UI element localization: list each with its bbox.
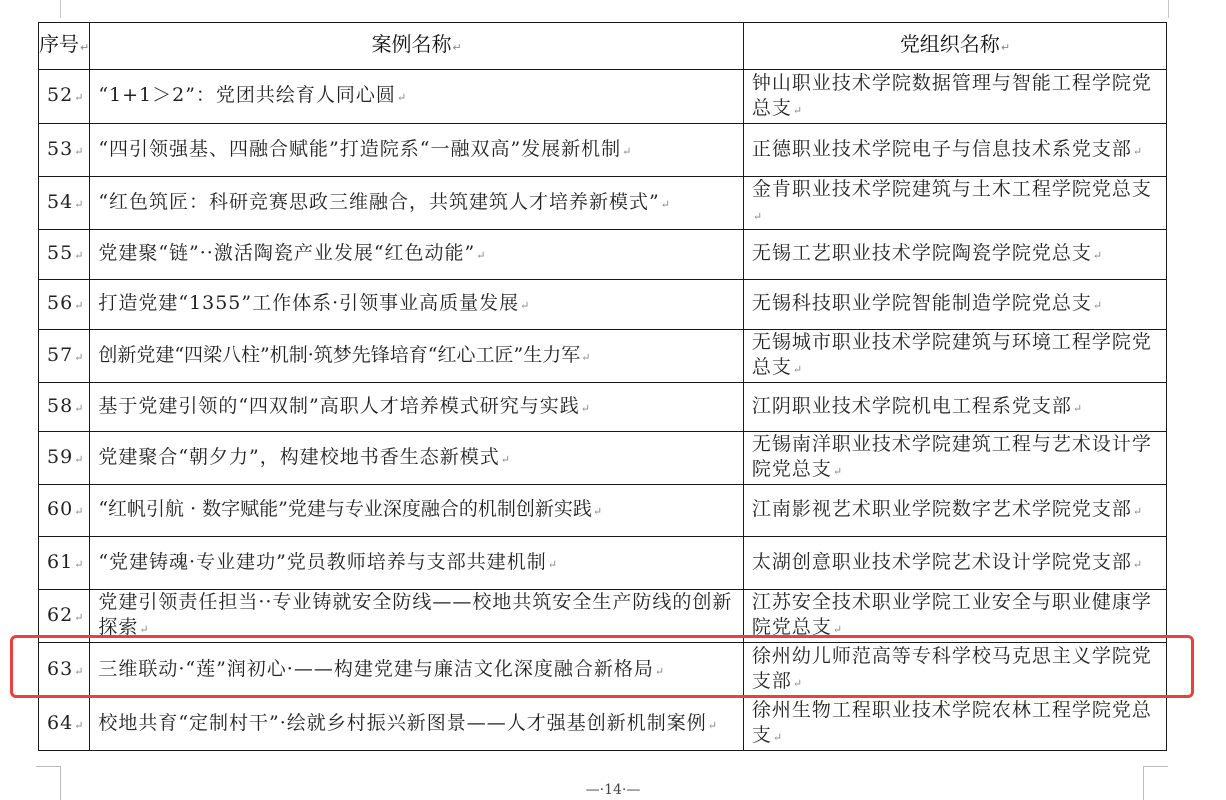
table-row[interactable]: 57↵ 创新党建“四梁八柱”机制·筑梦先锋培育“红心工匠”生力军↵ 无锡城市职业… [39,330,1167,383]
row-org-name[interactable]: 太湖创意职业技术学院艺术设计学院党支部↵ [743,537,1166,590]
page-corner-mark-right-h [1143,766,1168,767]
row-org-name[interactable]: 无锡工艺职业技术学院陶瓷学院党总支↵ [743,230,1166,280]
row-no: 59↵ [39,432,90,485]
table-row[interactable]: 60↵ “红帆引航 · 数字赋能”党建与专业深度融合的机制创新实践↵ 江南影视艺… [39,485,1167,537]
row-case-name[interactable]: “红色筑匠：科研竞赛思政三维融合，共筑建筑人才培养新模式”↵ [90,177,744,230]
page-margin-guide-left [60,0,61,18]
row-no: 64↵ [39,698,90,751]
row-case-name[interactable]: “红帆引航 · 数字赋能”党建与专业深度融合的机制创新实践↵ [90,485,744,537]
row-no: 52↵ [39,70,90,124]
table-row[interactable]: 52↵ “1+1＞2”：党团共绘育人同心圆↵ 钟山职业技术学院数据管理与智能工程… [39,70,1167,124]
row-no: 58↵ [39,383,90,432]
row-org-name[interactable]: 江南影视艺术职业学院数字艺术学院党支部↵ [743,485,1166,537]
row-no: 54↵ [39,177,90,230]
row-case-name[interactable]: 基于党建引领的“四双制”高职人才培养模式研究与实践↵ [90,383,744,432]
row-case-name[interactable]: 党建聚“链”··激活陶瓷产业发展“红色动能”↵ [90,230,744,280]
row-case-name[interactable]: 校地共育“定制村干”·绘就乡村振兴新图景——人才强基创新机制案例↵ [90,698,744,751]
row-org-name[interactable]: 无锡城市职业技术学院建筑与环境工程学院党总支↵ [743,330,1166,383]
header-org-name: 党组织名称↵ [743,23,1166,70]
table-row[interactable]: 55↵ 党建聚“链”··激活陶瓷产业发展“红色动能”↵ 无锡工艺职业技术学院陶瓷… [39,230,1167,280]
row-case-name[interactable]: 打造党建“1355”工作体系·引领事业高质量发展↵ [90,280,744,330]
row-org-name[interactable]: 无锡科技职业学院智能制造学院党总支↵ [743,280,1166,330]
page-margin-guide-right [1168,0,1169,18]
row-no: 57↵ [39,330,90,383]
row-case-name[interactable]: 创新党建“四梁八柱”机制·筑梦先锋培育“红心工匠”生力军↵ [90,330,744,383]
header-no: 序号↵ [39,23,90,70]
header-case-name: 案例名称↵ [90,23,744,70]
row-org-name[interactable]: 金肯职业技术学院建筑与土木工程学院党总支↵ [743,177,1166,230]
table-row[interactable]: 56↵ 打造党建“1355”工作体系·引领事业高质量发展↵ 无锡科技职业学院智能… [39,280,1167,330]
row-no: 61↵ [39,537,90,590]
page-number: —·14·— [0,782,1226,798]
table-row[interactable]: 64↵ 校地共育“定制村干”·绘就乡村振兴新图景——人才强基创新机制案例↵ 徐州… [39,698,1167,751]
table-row[interactable]: 61↵ “党建铸魂·专业建功”党员教师培养与支部共建机制↵ 太湖创意职业技术学院… [39,537,1167,590]
table-row[interactable]: 53↵ “四引领强基、四融合赋能”打造院系“一融双高”发展新机制↵ 正德职业技术… [39,124,1167,177]
row-no: 56↵ [39,280,90,330]
table-row[interactable]: 54↵ “红色筑匠：科研竞赛思政三维融合，共筑建筑人才培养新模式”↵ 金肯职业技… [39,177,1167,230]
row-org-name[interactable]: 钟山职业技术学院数据管理与智能工程学院党总支↵ [743,70,1166,124]
row-case-name[interactable]: “党建铸魂·专业建功”党员教师培养与支部共建机制↵ [90,537,744,590]
table-header-row: 序号↵ 案例名称↵ 党组织名称↵ [39,23,1167,70]
row-case-name[interactable]: “四引领强基、四融合赋能”打造院系“一融双高”发展新机制↵ [90,124,744,177]
row-org-name[interactable]: 无锡南洋职业技术学院建筑工程与艺术设计学院党总支↵ [743,432,1166,485]
table-row[interactable]: 59↵ 党建聚合“朝夕力”，构建校地书香生态新模式↵ 无锡南洋职业技术学院建筑工… [39,432,1167,485]
row-no: 53↵ [39,124,90,177]
row-case-name[interactable]: 党建聚合“朝夕力”，构建校地书香生态新模式↵ [90,432,744,485]
row-org-name[interactable]: 徐州生物工程职业技术学院农林工程学院党总支↵ [743,698,1166,751]
table-row[interactable]: 58↵ 基于党建引领的“四双制”高职人才培养模式研究与实践↵ 江阴职业技术学院机… [39,383,1167,432]
highlight-annotation-box [10,635,1194,698]
row-no: 60↵ [39,485,90,537]
row-no: 55↵ [39,230,90,280]
row-org-name[interactable]: 江阴职业技术学院机电工程系党支部↵ [743,383,1166,432]
row-org-name[interactable]: 正德职业技术学院电子与信息技术系党支部↵ [743,124,1166,177]
page-corner-mark-left-h [36,766,61,767]
row-case-name[interactable]: “1+1＞2”：党团共绘育人同心圆↵ [90,70,744,124]
